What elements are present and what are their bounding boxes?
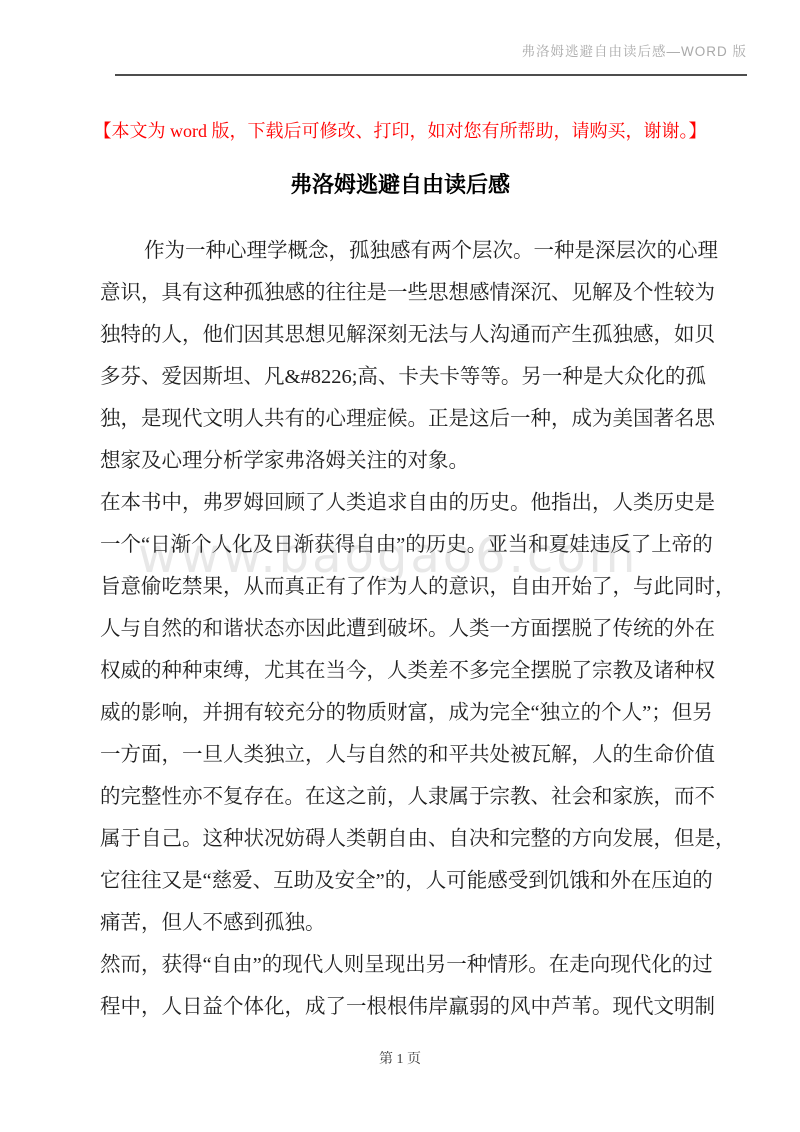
body-line: 人与自然的和谐状态亦因此遭到破坏。人类一方面摆脱了传统的外在 [100, 608, 700, 650]
document-page: 弗洛姆逃避自由读后感—WORD 版 www.baogao6.com 【本文为 w… [0, 0, 800, 1132]
body-line: 独，是现代文明人共有的心理症候。正是这后一种，成为美国著名思 [100, 398, 700, 440]
body-line: 威的影响，并拥有较充分的物质财富，成为完全“独立的个人”；但另 [100, 692, 700, 734]
body-line: 的完整性亦不复存在。在这之前，人隶属于宗教、社会和家族，而不 [100, 776, 700, 818]
header-title: 弗洛姆逃避自由读后感—WORD 版 [115, 42, 747, 62]
document-body: 作为一种心理学概念，孤独感有两个层次。一种是深层次的心理 意识，具有这种孤独感的… [100, 230, 700, 1028]
body-line: 想家及心理分析学家弗洛姆关注的对象。 [100, 440, 700, 482]
notice-text: 【本文为 word 版，下载后可修改、打印，如对您有所帮助，请购买，谢谢。】 [0, 118, 800, 144]
body-line: 一方面，一旦人类独立，人与自然的和平共处被瓦解，人的生命价值 [100, 734, 700, 776]
page-footer: 第 1 页 [0, 1050, 800, 1070]
body-line: 然而，获得“自由”的现代人则呈现出另一种情形。在走向现代化的过 [100, 944, 700, 986]
body-line: 作为一种心理学概念，孤独感有两个层次。一种是深层次的心理 [100, 230, 700, 272]
document-title: 弗洛姆逃避自由读后感 [0, 168, 800, 202]
body-line: 旨意偷吃禁果，从而真正有了作为人的意识，自由开始了，与此同时， [100, 566, 700, 608]
body-line: 在本书中，弗罗姆回顾了人类追求自由的历史。他指出，人类历史是 [100, 482, 700, 524]
body-line: 一个“日渐个人化及日渐获得自由”的历史。亚当和夏娃违反了上帝的 [100, 524, 700, 566]
body-line: 痛苦，但人不感到孤独。 [100, 902, 700, 944]
body-line: 程中，人日益个体化，成了一根根伟岸羸弱的风中芦苇。现代文明制 [100, 986, 700, 1028]
page-header: 弗洛姆逃避自由读后感—WORD 版 [115, 42, 747, 76]
body-line: 权威的种种束缚，尤其在当今，人类差不多完全摆脱了宗教及诸种权 [100, 650, 700, 692]
body-line: 它往往又是“慈爱、互助及安全”的，人可能感受到饥饿和外在压迫的 [100, 860, 700, 902]
body-line: 多芬、爱因斯坦、凡&#8226;高、卡夫卡等等。另一种是大众化的孤 [100, 356, 700, 398]
header-rule [115, 74, 747, 76]
body-line: 意识，具有这种孤独感的往往是一些思想感情深沉、见解及个性较为 [100, 272, 700, 314]
body-line: 独特的人，他们因其思想见解深刻无法与人沟通而产生孤独感，如贝 [100, 314, 700, 356]
body-line: 属于自己。这种状况妨碍人类朝自由、自决和完整的方向发展，但是， [100, 818, 700, 860]
